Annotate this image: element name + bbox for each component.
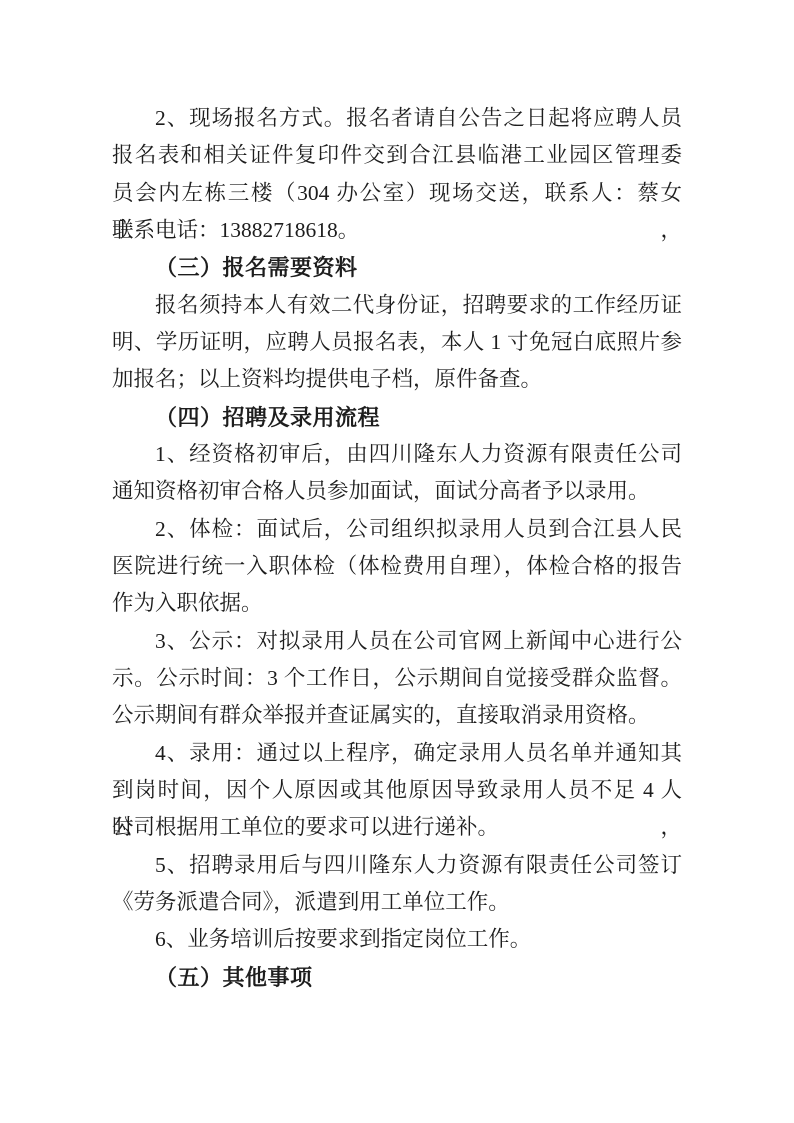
text-line: 通知资格初审合格人员参加面试，面试分高者予以录用。 — [112, 473, 682, 510]
text-line: 到岗时间，因个人原因或其他原因导致录用人员不足 4 人时， — [112, 772, 682, 809]
text-line: 明、学历证明，应聘人员报名表，本人 1 寸免冠白底照片参 — [112, 324, 682, 361]
text-line: 2、体检：面试后，公司组织拟录用人员到合江县人民 — [112, 511, 682, 548]
paragraph: 4、录用：通过以上程序，确定录用人员名单并通知其到岗时间，因个人原因或其他原因导… — [112, 735, 682, 847]
heading-line: （五）其他事项 — [112, 959, 682, 996]
text-line: 示。公示时间：3 个工作日，公示期间自觉接受群众监督。 — [112, 660, 682, 697]
text-line: 3、公示：对拟录用人员在公司官网上新闻中心进行公 — [112, 623, 682, 660]
text-line: 公示期间有群众举报并查证属实的，直接取消录用资格。 — [112, 697, 682, 734]
text-line: 6、业务培训后按要求到指定岗位工作。 — [112, 921, 682, 958]
document-content: 2、现场报名方式。报名者请自公告之日起将应聘人员报名表和相关证件复印件交到合江县… — [112, 100, 682, 996]
text-line: 1、经资格初审后，由四川隆东人力资源有限责任公司 — [112, 436, 682, 473]
heading-line: （三）报名需要资料 — [112, 249, 682, 286]
paragraph: 报名须持本人有效二代身份证，招聘要求的工作经历证明、学历证明，应聘人员报名表，本… — [112, 287, 682, 399]
text-line: 员会内左栋三楼（304 办公室）现场交送，联系人：蔡女士， — [112, 175, 682, 212]
section-heading: （五）其他事项 — [112, 959, 682, 996]
heading-line: （四）招聘及录用流程 — [112, 399, 682, 436]
paragraph: 3、公示：对拟录用人员在公司官网上新闻中心进行公示。公示时间：3 个工作日，公示… — [112, 623, 682, 735]
text-line: 加报名；以上资料均提供电子档，原件备查。 — [112, 361, 682, 398]
text-line: 作为入职依据。 — [112, 585, 682, 622]
text-line: 《劳务派遣合同》，派遣到用工单位工作。 — [112, 884, 682, 921]
text-line: 4、录用：通过以上程序，确定录用人员名单并通知其 — [112, 735, 682, 772]
section-heading: （三）报名需要资料 — [112, 249, 682, 286]
paragraph: 5、招聘录用后与四川隆东人力资源有限责任公司签订《劳务派遣合同》，派遣到用工单位… — [112, 847, 682, 922]
text-line: 医院进行统一入职体检（体检费用自理），体检合格的报告 — [112, 548, 682, 585]
text-line: 报名须持本人有效二代身份证，招聘要求的工作经历证 — [112, 287, 682, 324]
paragraph: 2、体检：面试后，公司组织拟录用人员到合江县人民医院进行统一入职体检（体检费用自… — [112, 511, 682, 623]
text-line: 报名表和相关证件复印件交到合江县临港工业园区管理委 — [112, 137, 682, 174]
text-line: 2、现场报名方式。报名者请自公告之日起将应聘人员 — [112, 100, 682, 137]
paragraph: 1、经资格初审后，由四川隆东人力资源有限责任公司通知资格初审合格人员参加面试，面… — [112, 436, 682, 511]
text-line: 5、招聘录用后与四川隆东人力资源有限责任公司签订 — [112, 847, 682, 884]
paragraph: 2、现场报名方式。报名者请自公告之日起将应聘人员报名表和相关证件复印件交到合江县… — [112, 100, 682, 249]
document-page: 2、现场报名方式。报名者请自公告之日起将应聘人员报名表和相关证件复印件交到合江县… — [0, 0, 794, 1123]
paragraph: 6、业务培训后按要求到指定岗位工作。 — [112, 921, 682, 958]
section-heading: （四）招聘及录用流程 — [112, 399, 682, 436]
